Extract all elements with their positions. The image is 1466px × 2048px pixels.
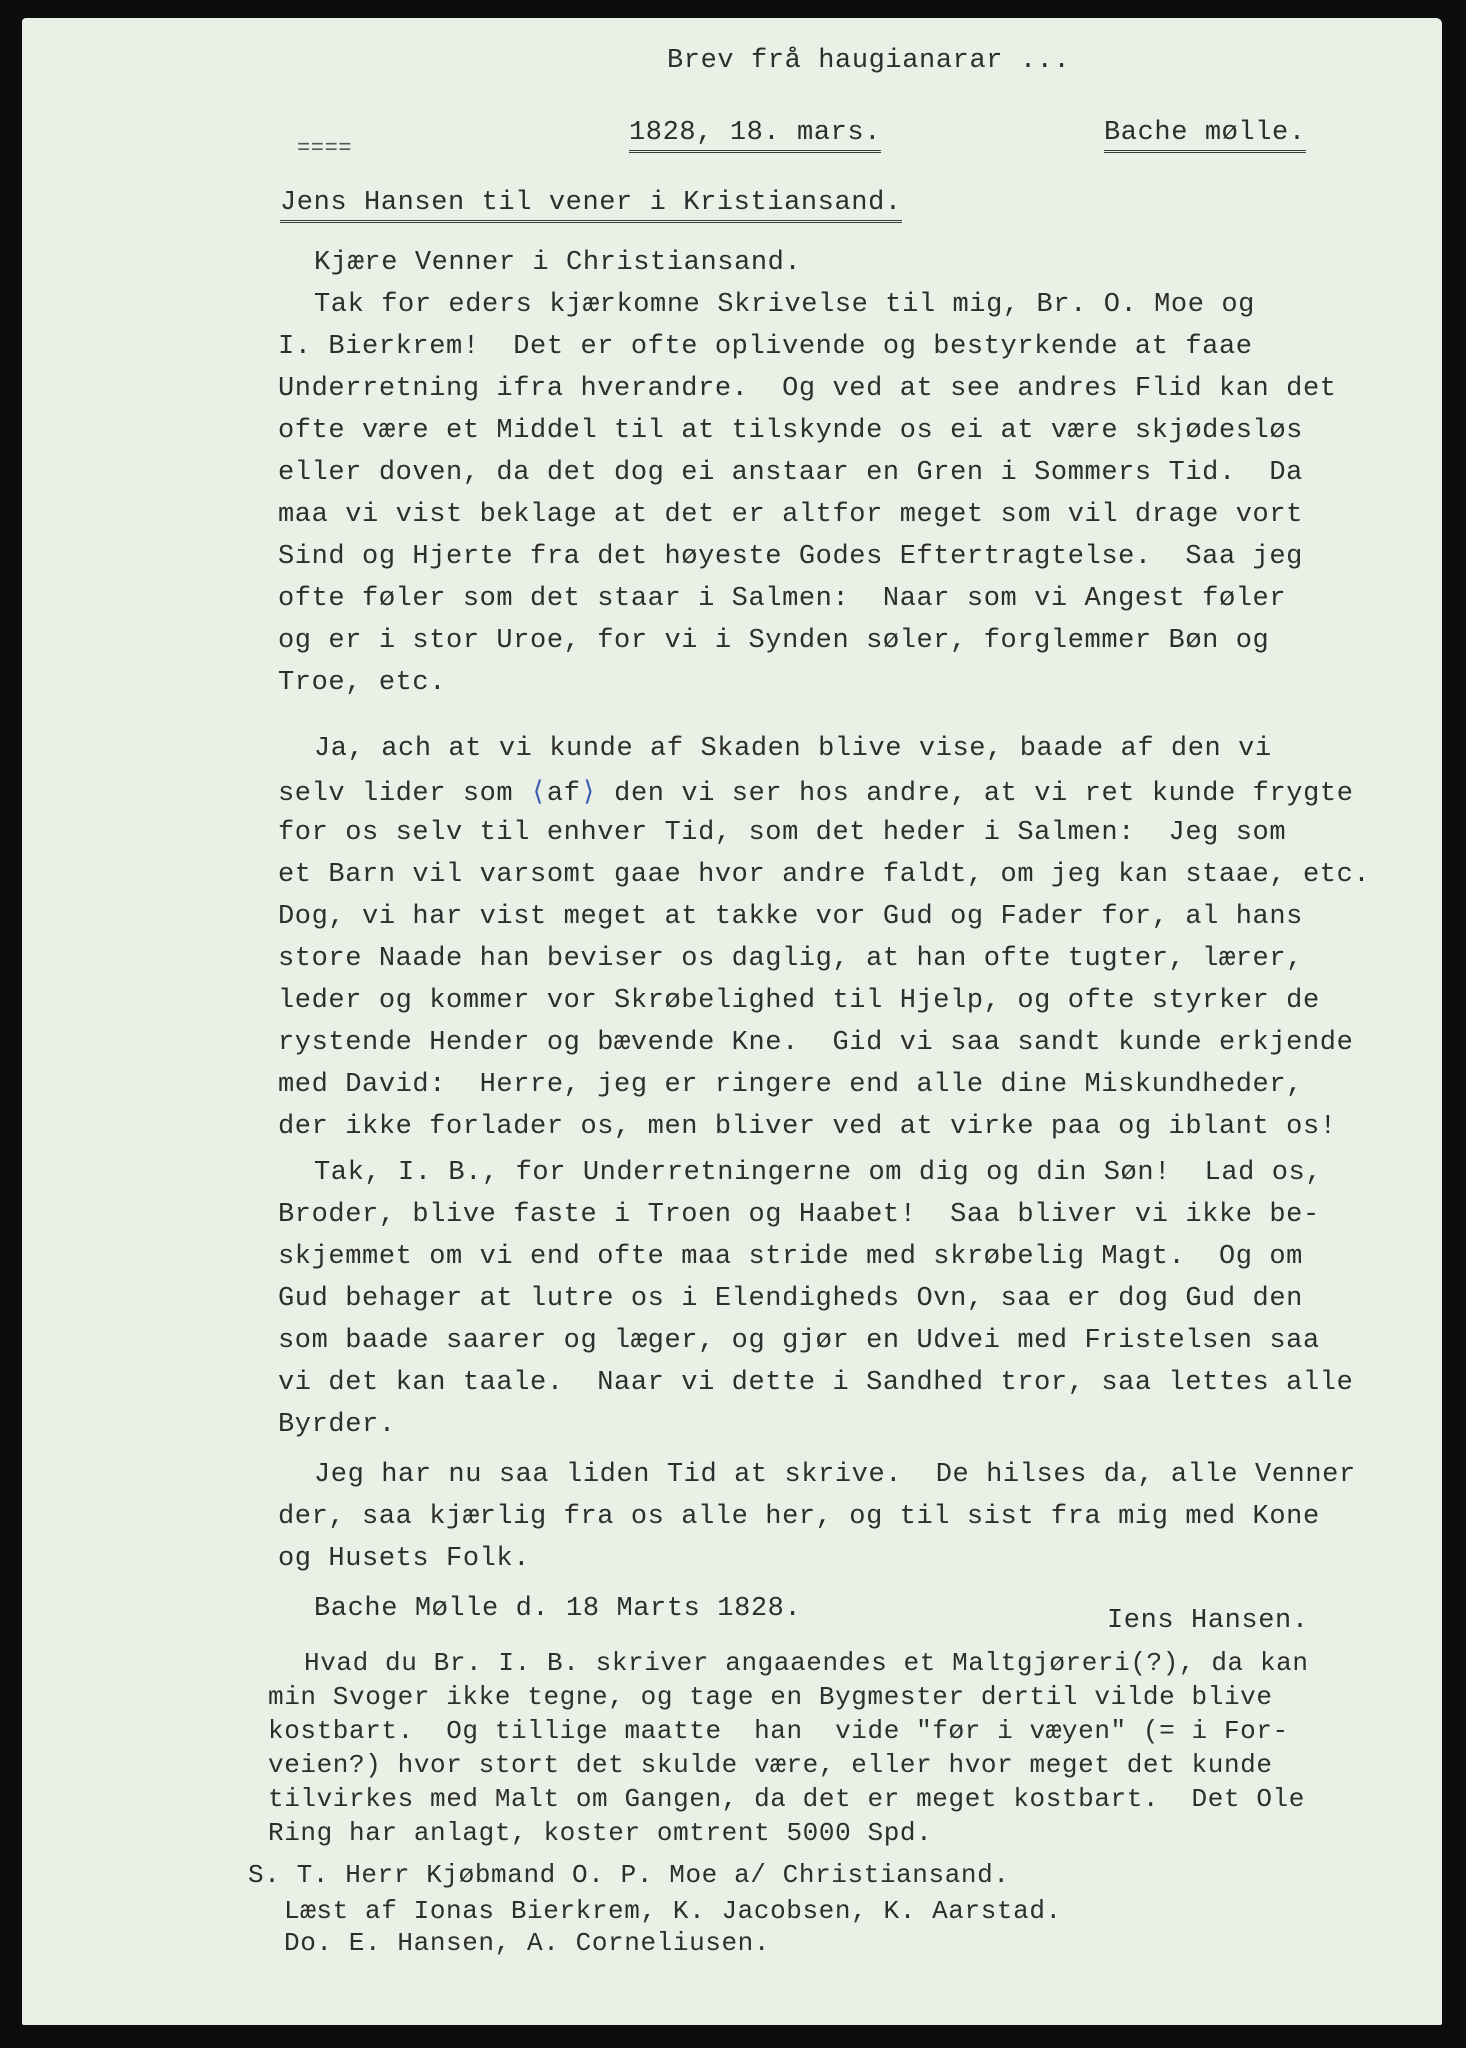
text-line: store Naade han beviser os daglig, at ha… <box>278 944 1303 974</box>
text-line: Underretning ifra hverandre. Og ved at s… <box>278 374 1337 404</box>
text-line: min Svoger ikke tegne, og tage en Bygmes… <box>268 1682 1273 1712</box>
read-by-line: Læst af Ionas Bierkrem, K. Jacobsen, K. … <box>284 1896 1062 1926</box>
text-line: Dog, vi har vist meget at takke vor Gud … <box>278 902 1303 932</box>
document-page: Brev frå haugianarar ... ==== 1828, 18. … <box>22 18 1442 2025</box>
text-line: Hvad du Br. I. B. skriver angaaendes et … <box>304 1648 1309 1678</box>
text-line: Tak, I. B., for Underretningerne om dig … <box>314 1158 1322 1188</box>
text-line: med David: Herre, jeg er ringere end all… <box>278 1070 1303 1100</box>
text-segment: den vi ser hos andre, at vi ret kunde fr… <box>597 779 1353 809</box>
letter-place: Bache mølle. <box>1104 118 1306 153</box>
address-line: S. T. Herr Kjøbmand O. P. Moe a/ Christi… <box>248 1860 1010 1890</box>
text-line: vi det kan taale. Naar vi dette i Sandhe… <box>278 1368 1353 1398</box>
salutation: Kjære Venner i Christiansand. <box>314 248 801 278</box>
closing-place-date: Bache Mølle d. 18 Marts 1828. <box>314 1594 801 1624</box>
text-line: Sind og Hjerte fra det høyeste Godes Eft… <box>278 542 1303 572</box>
letter-date: 1828, 18. mars. <box>629 118 881 153</box>
running-head: Brev frå haugianarar ... <box>667 46 1070 76</box>
text-line: Troe, etc. <box>278 668 446 698</box>
read-by-line: Do. E. Hansen, A. Corneliusen. <box>284 1928 770 1958</box>
text-line: skjemmet om vi end ofte maa stride med s… <box>278 1242 1303 1272</box>
text-line: som baade saarer og læger, og gjør en Ud… <box>278 1326 1320 1356</box>
text-line: og er i stor Uroe, for vi i Synden søler… <box>278 626 1269 656</box>
text-line: maa vi vist beklage at det er altfor meg… <box>278 500 1303 530</box>
text-line: der ikke forlader os, men bliver ved at … <box>278 1112 1337 1142</box>
text-line: et Barn vil varsomt gaae hvor andre fald… <box>278 860 1370 890</box>
text-line: veien?) hvor stort det skulde være, elle… <box>268 1750 1273 1780</box>
text-line: kostbart. Og tillige maatte han vide "fø… <box>268 1716 1289 1746</box>
text-line: der, saa kjærlig fra os alle her, og til… <box>278 1502 1320 1532</box>
editorial-insertion: af <box>547 779 581 809</box>
text-line: Jeg har nu saa liden Tid at skrive. De h… <box>314 1460 1356 1490</box>
text-line: tilvirkes med Malt om Gangen, da det er … <box>268 1784 1305 1814</box>
editorial-bracket-open: ⟨ <box>530 779 547 809</box>
text-line: ofte være et Middel til at tilskynde os … <box>278 416 1303 446</box>
header-mark: ==== <box>297 136 352 161</box>
text-line: Ja, ach at vi kunde af Skaden blive vise… <box>314 734 1272 764</box>
text-line: Tak for eders kjærkomne Skrivelse til mi… <box>314 290 1255 320</box>
text-line: Ring har anlagt, koster omtrent 5000 Spd… <box>268 1818 932 1848</box>
text-line: Byrder. <box>278 1410 396 1440</box>
text-segment: selv lider som <box>278 779 530 809</box>
text-line: ofte føler som det staar i Salmen: Naar … <box>278 584 1286 614</box>
text-line: eller doven, da det dog ei anstaar en Gr… <box>278 458 1303 488</box>
signature: Iens Hansen. <box>1107 1606 1309 1636</box>
text-line: og Husets Folk. <box>278 1544 530 1574</box>
editorial-bracket-close: ⟩ <box>581 779 598 809</box>
text-line: Broder, blive faste i Troen og Haabet! S… <box>278 1200 1320 1230</box>
text-line: I. Bierkrem! Det er ofte oplivende og be… <box>278 332 1253 362</box>
text-line: rystende Hender og bævende Kne. Gid vi s… <box>278 1028 1353 1058</box>
letter-title: Jens Hansen til vener i Kristiansand. <box>280 188 902 223</box>
text-line: for os selv til enhver Tid, som det hede… <box>278 818 1286 848</box>
text-line: leder og kommer vor Skrøbelighed til Hje… <box>278 986 1320 1016</box>
text-line-with-insertion: selv lider som ⟨af⟩ den vi ser hos andre… <box>278 776 1354 809</box>
text-line: Gud behager at lutre os i Elendigheds Ov… <box>278 1284 1303 1314</box>
